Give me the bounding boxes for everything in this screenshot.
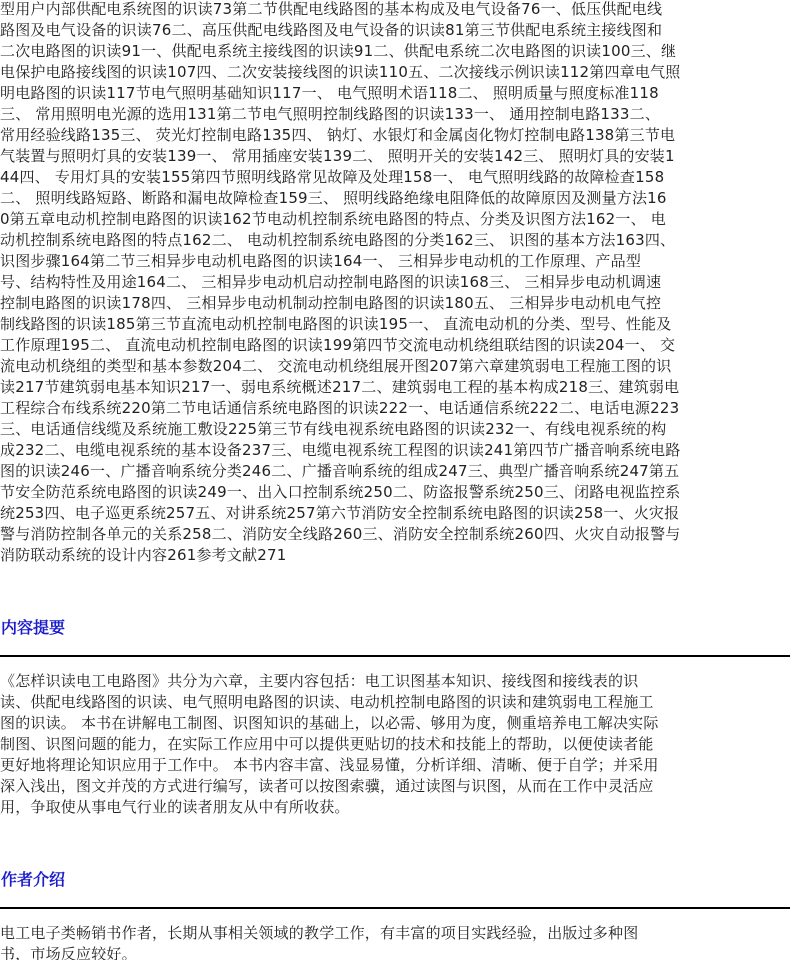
toc-line: 统253四、电子巡更系统257五、对讲系统257第六节消防安全控制系统电路图的识… <box>0 503 790 524</box>
toc-line: 图的识读246一、广播音响系统分类246二、广播音响系统的组成247三、典型广播… <box>0 461 790 482</box>
toc-line: 控制电路图的识读178四、 三相异步电动机制动控制电路图的识读180五、 三相异… <box>0 293 790 314</box>
summary-line: 读、供配电线路图的识读、电气照明电路图的识读、电动机控制电路图的识读和建筑弱电工… <box>0 692 790 713</box>
summary-body: 《怎样识读电工电路图》共分为六章，主要内容包括：电工识图基本知识、接线图和接线表… <box>0 671 790 818</box>
summary-line: 更好地将理论知识应用于工作中。 本书内容丰富、浅显易懂，分析详细、清晰、便于自学… <box>0 755 790 776</box>
author-heading: 作者介绍 <box>1 870 65 890</box>
summary-line: 深入浅出，图文并茂的方式进行编写，读者可以按图索骥，通过读图与识图，从而在工作中… <box>0 776 790 797</box>
section-divider <box>0 907 790 909</box>
toc-line: 三、 常用照明电光源的选用131第二节电气照明控制线路图的识读133一、 通用控… <box>0 104 790 125</box>
author-line: 电工电子类畅销书作者，长期从事相关领域的教学工作，有丰富的项目实践经验，出版过多… <box>0 923 790 944</box>
toc-line: 成232二、电缆电视系统的基本设备237三、电缆电视系统工程图的识读241第四节… <box>0 440 790 461</box>
section-divider <box>0 655 790 657</box>
toc-line: 动机控制系统电路图的特点162二、 电动机控制系统电路图的分类162三、 识图的… <box>0 230 790 251</box>
toc-line: 电保护电路接线图的识读107四、二次安装接线图的识读110五、二次接线示例识读1… <box>0 62 790 83</box>
author-line: 书，市场反应较好。 <box>0 944 790 960</box>
summary-line: 用，争取使从事电气行业的读者朋友从中有所收获。 <box>0 797 790 818</box>
toc-line: 识图步骤164第二节三相异步电动机电路图的识读164一、 三相异步电动机的工作原… <box>0 251 790 272</box>
toc-line: 气装置与照明灯具的安装139一、 常用插座安装139二、 照明开关的安装142三… <box>0 146 790 167</box>
table-of-contents: 型用户内部供配电系统图的识读73第二节供配电线路图的基本构成及电气设备76一、低… <box>0 0 790 566</box>
toc-line: 常用经验线路135三、 荧光灯控制电路135四、 钠灯、水银灯和金属卤化物灯控制… <box>0 125 790 146</box>
toc-line: 消防联动系统的设计内容261参考文献271 <box>0 545 790 566</box>
summary-line: 《怎样识读电工电路图》共分为六章，主要内容包括：电工识图基本知识、接线图和接线表… <box>0 671 790 692</box>
toc-line: 路图及电气设备的识读76二、高压供配电线路图及电气设备的识读81第三节供配电系统… <box>0 20 790 41</box>
toc-line: 号、结构特性及用途164二、 三相异步电动机启动控制电路图的识读168三、 三相… <box>0 272 790 293</box>
toc-line: 流电动机绕组的类型和基本参数204二、 交流电动机绕组展开图207第六章建筑弱电… <box>0 356 790 377</box>
toc-line: 节安全防范系统电路图的识读249一、出入口控制系统250二、防盗报警系统250三… <box>0 482 790 503</box>
summary-line: 图的识读。 本书在讲解电工制图、识图知识的基础上，以必需、够用为度，侧重培养电工… <box>0 713 790 734</box>
summary-line: 制图、识图问题的能力，在实际工作应用中可以提供更贴切的技术和技能上的帮助，以便使… <box>0 734 790 755</box>
toc-line: 二、 照明线路短路、断路和漏电故障检查159三、 照明线路绝缘电阻降低的故障原因… <box>0 188 790 209</box>
toc-line: 明电路图的识读117节电气照明基础知识117一、 电气照明术语118二、 照明质… <box>0 83 790 104</box>
toc-line: 二次电路图的识读91一、供配电系统主接线图的识读91二、供配电系统二次电路图的识… <box>0 41 790 62</box>
toc-line: 型用户内部供配电系统图的识读73第二节供配电线路图的基本构成及电气设备76一、低… <box>0 0 790 20</box>
author-body: 电工电子类畅销书作者，长期从事相关领域的教学工作，有丰富的项目实践经验，出版过多… <box>0 923 790 960</box>
toc-line: 读217节建筑弱电基本知识217一、弱电系统概述217二、建筑弱电工程的基本构成… <box>0 377 790 398</box>
toc-line: 三、电话通信线缆及系统施工敷设225第三节有线电视系统电路图的识读232一、有线… <box>0 419 790 440</box>
toc-line: 警与消防控制各单元的关系258二、消防安全线路260三、消防安全控制系统260四… <box>0 524 790 545</box>
summary-heading: 内容提要 <box>1 618 65 638</box>
toc-line: 制线路图的识读185第三节直流电动机控制电路图的识读195一、 直流电动机的分类… <box>0 314 790 335</box>
toc-line: 0第五章电动机控制电路图的识读162节电动机控制系统电路图的特点、分类及识图方法… <box>0 209 790 230</box>
toc-line: 工程综合布线系统220第二节电话通信系统电路图的识读222一、电话通信系统222… <box>0 398 790 419</box>
toc-line: 工作原理195二、 直流电动机控制电路图的识读199第四节交流电动机绕组联结图的… <box>0 335 790 356</box>
toc-line: 44四、 专用灯具的安装155第四节照明线路常见故障及处理158一、 电气照明线… <box>0 167 790 188</box>
